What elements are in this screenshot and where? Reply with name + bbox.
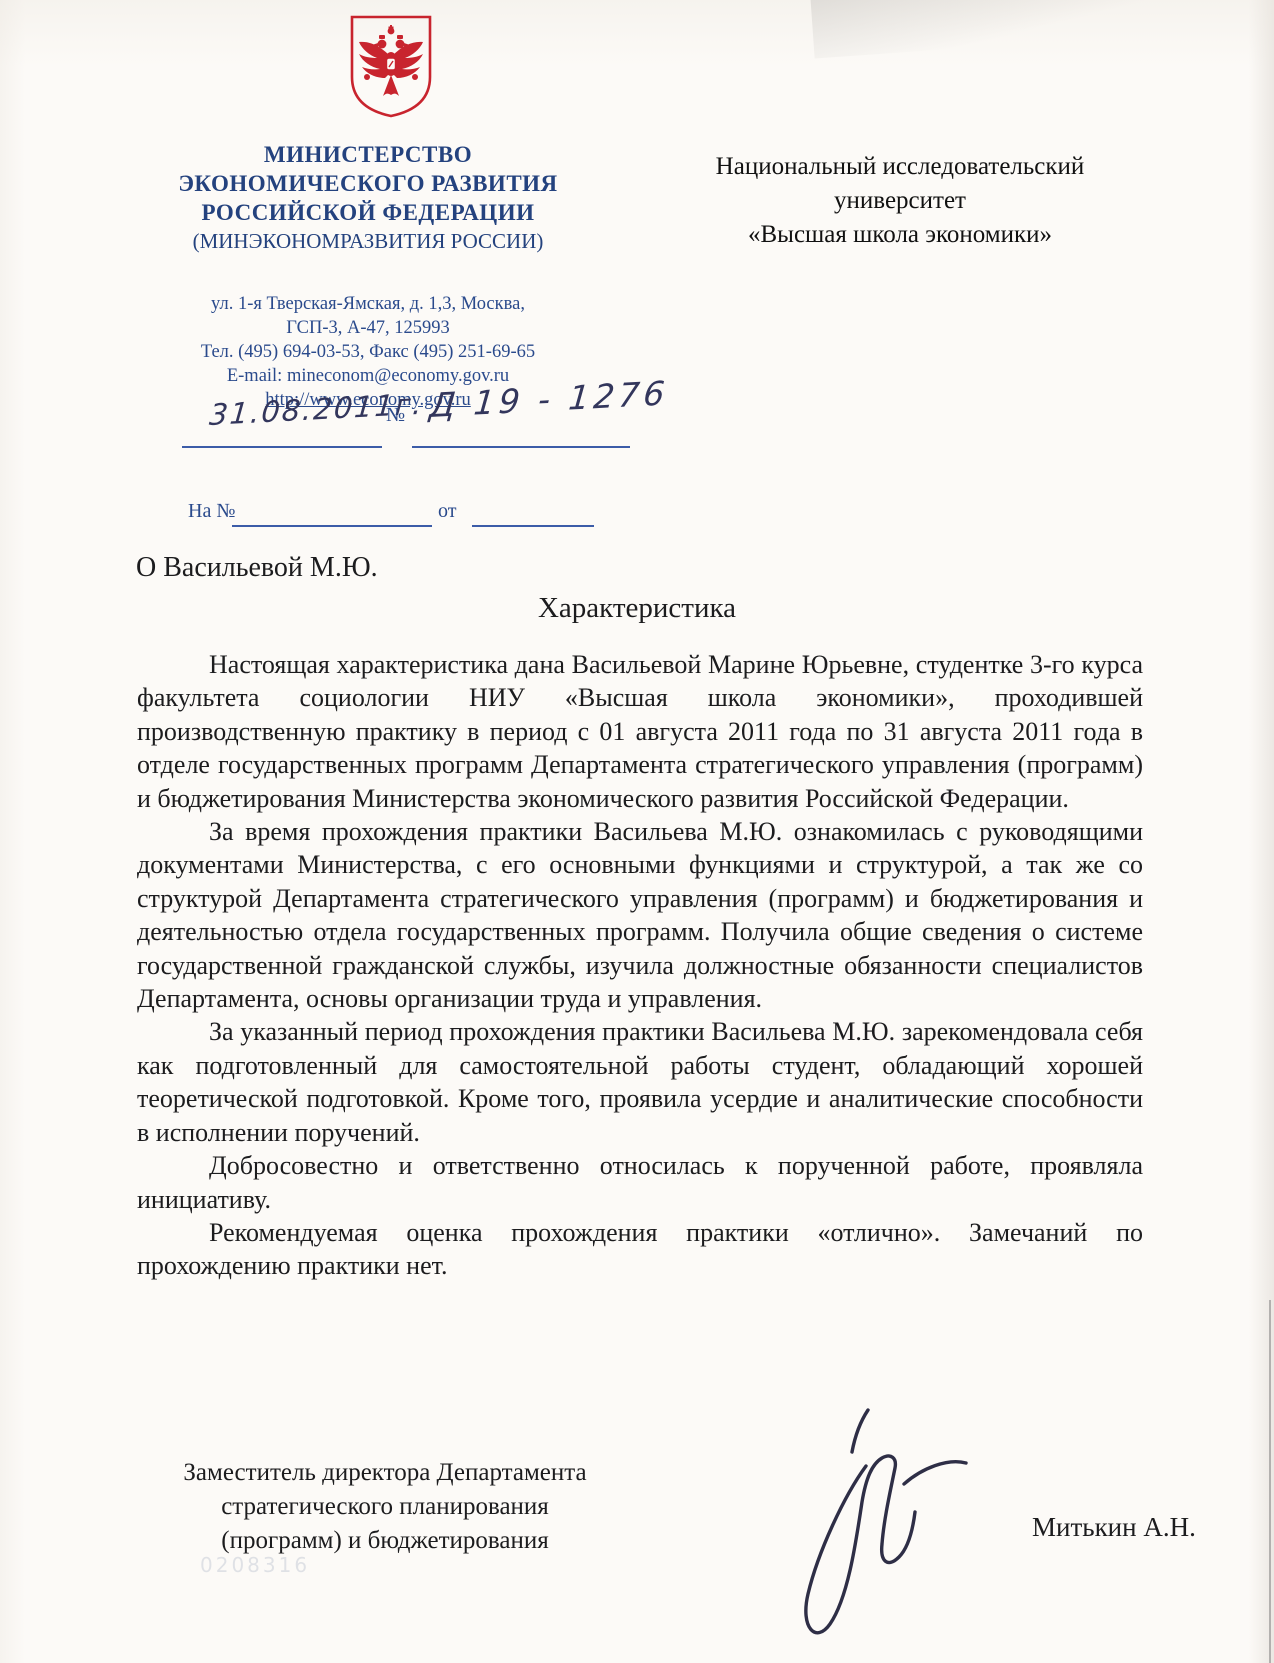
number-underline: [412, 446, 630, 448]
ministry-line: РОССИЙСКОЙ ФЕДЕРАЦИИ: [128, 198, 608, 227]
reply-from-label: от: [438, 500, 456, 523]
body-paragraph: За время прохождения практики Васильева …: [137, 815, 1143, 1015]
scan-fold-shadow: [810, 0, 1174, 58]
address-line: ГСП-3, А-47, 125993: [128, 316, 608, 340]
number-sign-label: №: [386, 404, 405, 427]
signer-name: Митькин А.Н.: [1032, 1512, 1196, 1543]
address-line: ул. 1-я Тверская-Ямская, д. 1,3, Москва,: [128, 292, 608, 316]
ministry-short-name: (МИНЭКОНОМРАЗВИТИЯ РОССИИ): [128, 227, 608, 256]
signer-position-line: стратегического планирования: [150, 1490, 620, 1524]
recipient-line: «Высшая школа экономики»: [650, 218, 1150, 252]
signer-position-block: Заместитель директора Департамента страт…: [150, 1456, 620, 1558]
subject-line: О Васильевой М.Ю.: [136, 552, 378, 584]
address-line: Тел. (495) 694-03-53, Факс (495) 251-69-…: [128, 340, 608, 364]
handwritten-signature: [726, 1356, 986, 1656]
reply-to-label: На №: [188, 500, 235, 523]
ministry-line: МИНИСТЕРСТВО: [128, 140, 608, 169]
ministry-line: ЭКОНОМИЧЕСКОГО РАЗВИТИЯ: [128, 169, 608, 198]
body-paragraph: Добросовестно и ответственно относилась …: [137, 1149, 1143, 1216]
letter-body: Настоящая характеристика дана Васильевой…: [137, 648, 1143, 1283]
recipient-line: Национальный исследовательский: [650, 150, 1150, 184]
recipient-line: университет: [650, 184, 1150, 218]
faint-stamp-imprint: 0208316: [200, 1553, 310, 1577]
body-paragraph: Рекомендуемая оценка прохождения практик…: [137, 1216, 1143, 1283]
scanned-letter-page: МИНИСТЕРСТВО ЭКОНОМИЧЕСКОГО РАЗВИТИЯ РОС…: [0, 0, 1274, 1663]
date-underline: [182, 446, 382, 448]
body-paragraph: Настоящая характеристика дана Васильевой…: [137, 648, 1143, 815]
document-title: Характеристика: [0, 592, 1274, 625]
scan-edge-line: [1269, 1300, 1271, 1663]
russian-coat-of-arms-icon: [346, 14, 436, 120]
reply-number-underline: [232, 525, 432, 527]
recipient-block: Национальный исследовательский университ…: [650, 150, 1150, 252]
reply-date-underline: [472, 525, 594, 527]
signer-position-line: Заместитель директора Департамента: [150, 1456, 620, 1490]
ministry-name-block: МИНИСТЕРСТВО ЭКОНОМИЧЕСКОГО РАЗВИТИЯ РОС…: [128, 140, 608, 256]
body-paragraph: За указанный период прохождения практики…: [137, 1015, 1143, 1149]
